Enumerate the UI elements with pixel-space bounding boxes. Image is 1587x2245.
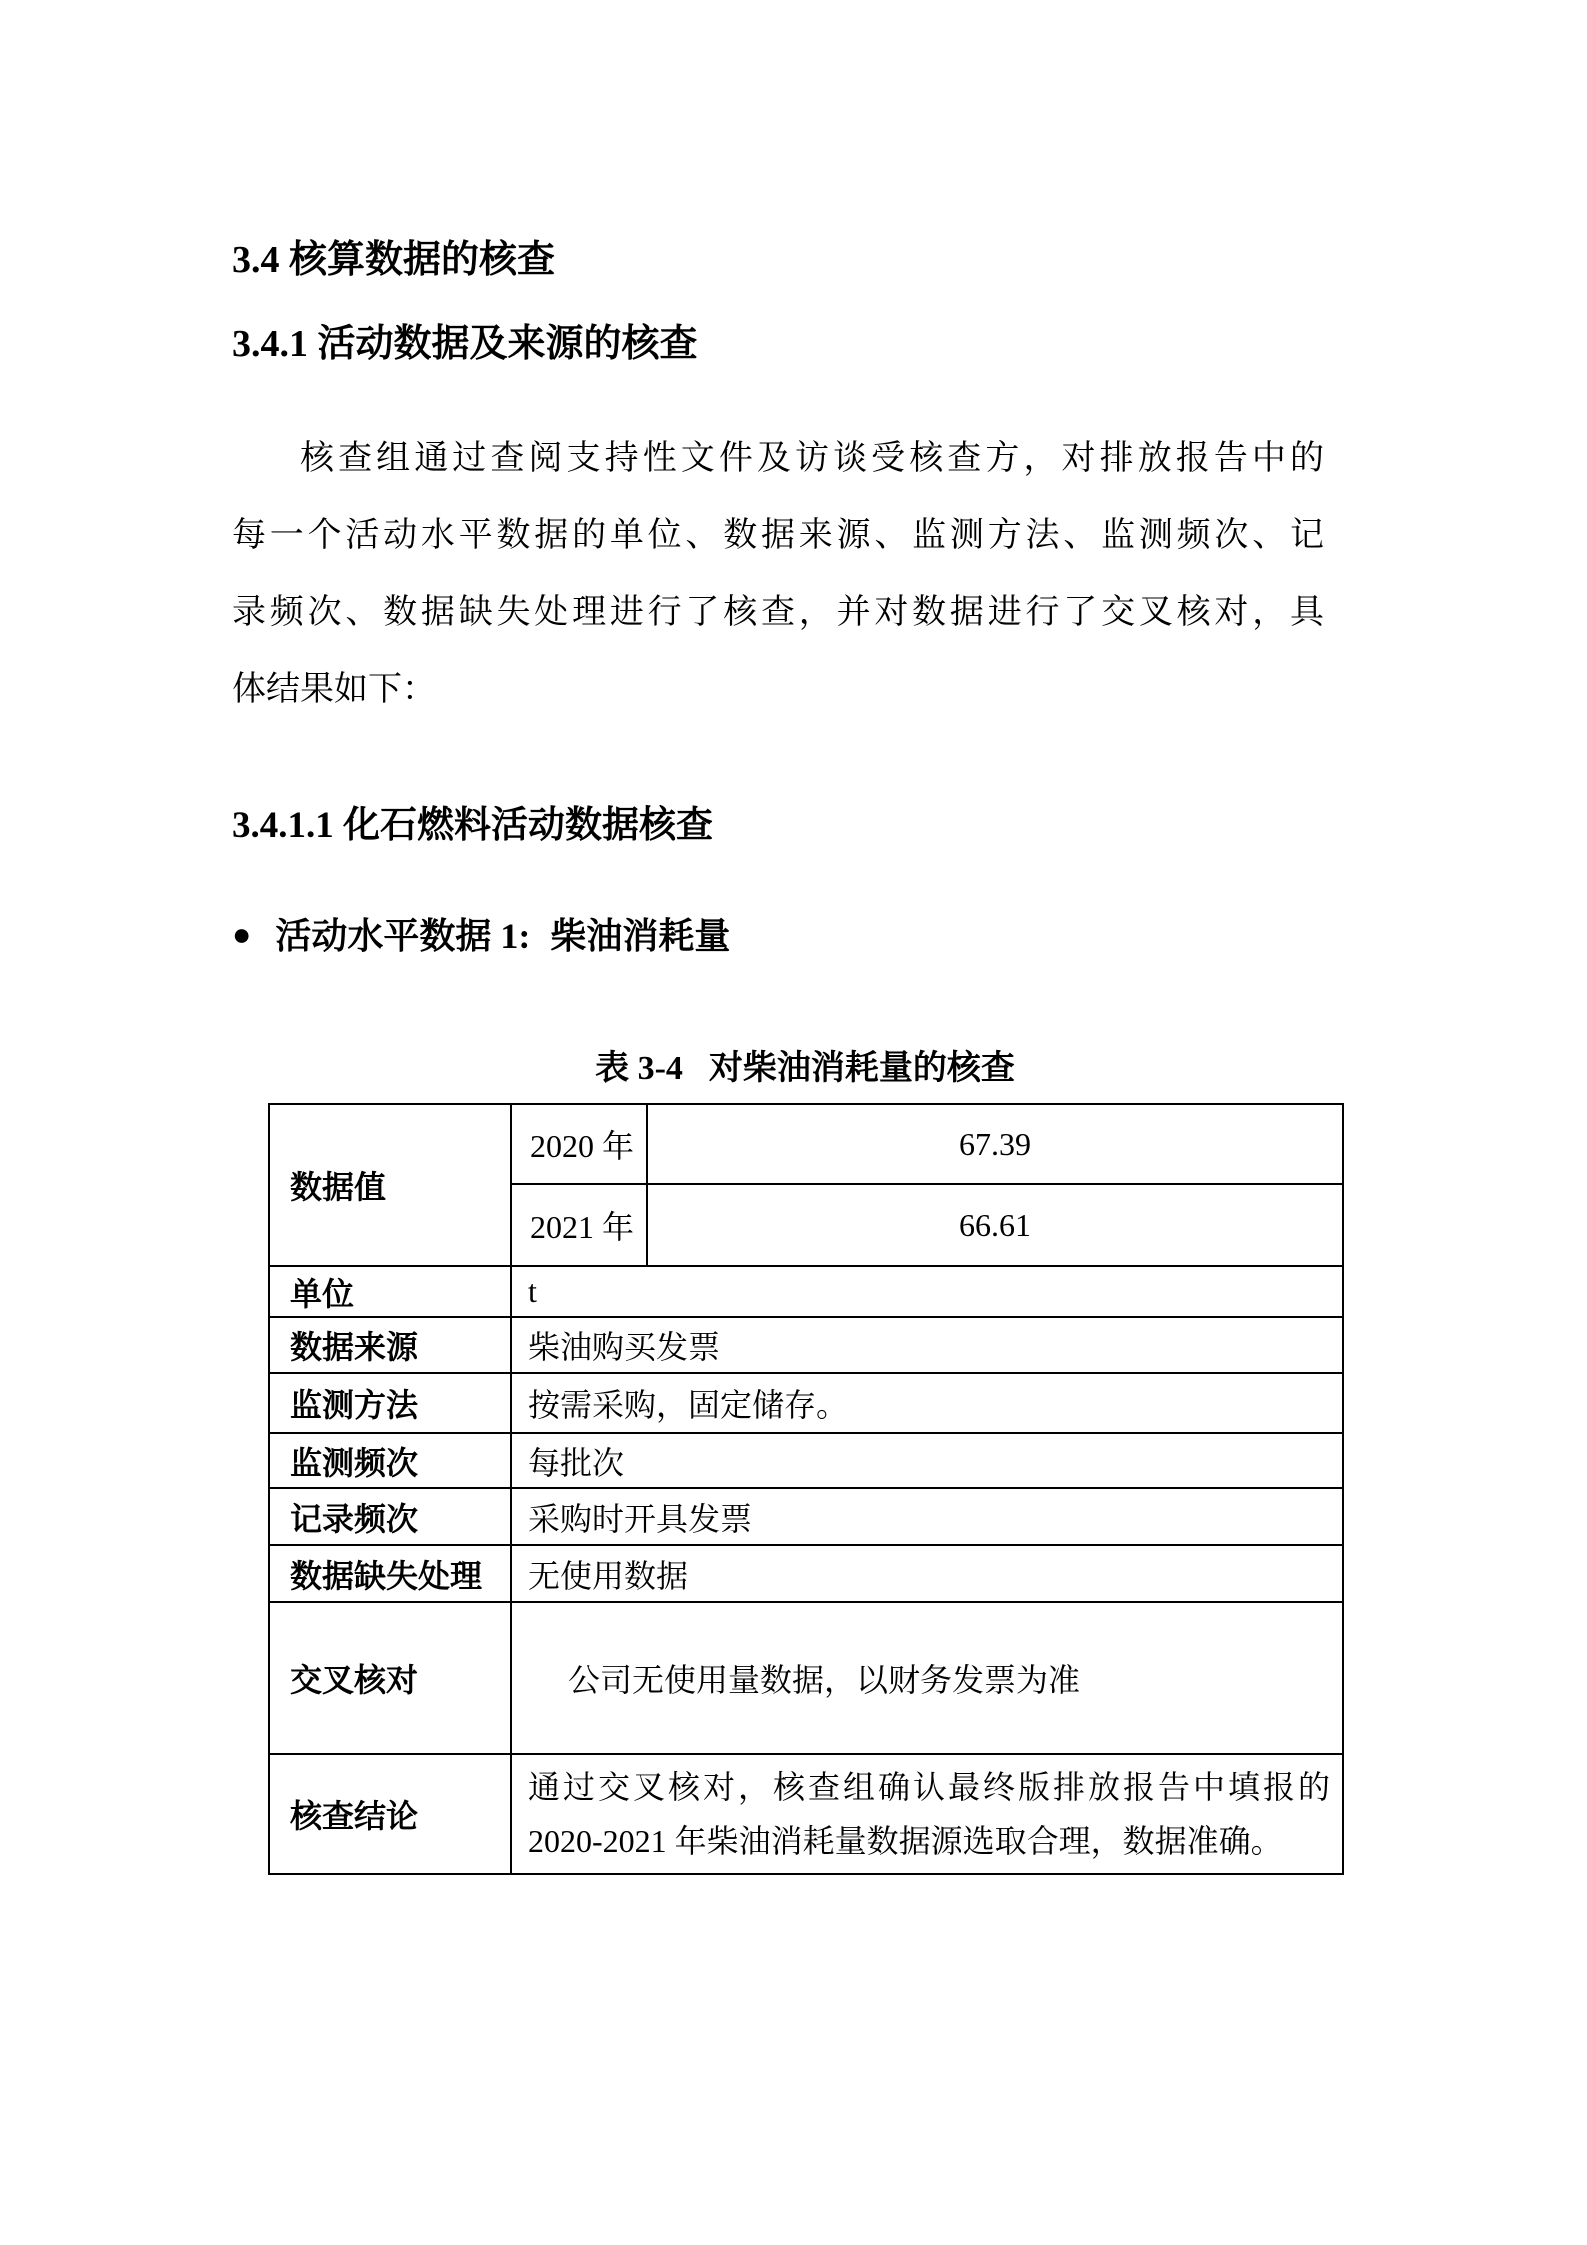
table-row: 单位 t xyxy=(269,1266,1343,1317)
table-caption: 表 3-4对柴油消耗量的核查 xyxy=(268,1040,1342,1089)
table-row: 交叉核对 公司无使用量数据，以财务发票为准 xyxy=(269,1602,1343,1754)
bullet-item-activity-data-1: ● 活动水平数据 1: 柴油消耗量 xyxy=(232,908,730,959)
intro-paragraph: 核查组通过查阅支持性文件及访谈受核查方，对排放报告中的 每一个活动水平数据的单位… xyxy=(232,420,1324,728)
table-row: 监测频次 每批次 xyxy=(269,1433,1343,1488)
row-label-monitoring-frequency: 监测频次 xyxy=(269,1433,511,1488)
row-label-recording-frequency: 记录频次 xyxy=(269,1488,511,1545)
value-cell-2021: 66.61 xyxy=(647,1184,1343,1266)
row-value-monitoring-frequency: 每批次 xyxy=(511,1433,1343,1488)
value-cell-2020: 67.39 xyxy=(647,1104,1343,1184)
bullet-item-value: 柴油消耗量 xyxy=(550,908,730,959)
row-value-recording-frequency: 采购时开具发票 xyxy=(511,1488,1343,1545)
table-row: 核查结论 通过交叉核对，核查组确认最终版排放报告中填报的 2020-2021 年… xyxy=(269,1754,1343,1874)
table-row: 数据值 2020 年 67.39 xyxy=(269,1104,1343,1184)
row-label-missing-data-handling: 数据缺失处理 xyxy=(269,1545,511,1602)
row-value-conclusion: 通过交叉核对，核查组确认最终版排放报告中填报的 2020-2021 年柴油消耗量… xyxy=(511,1754,1343,1874)
paragraph-line-1: 核查组通过查阅支持性文件及访谈受核查方，对排放报告中的 xyxy=(232,420,1324,497)
row-label-unit: 单位 xyxy=(269,1266,511,1317)
table-caption-number: 表 3-4 xyxy=(595,1050,683,1087)
heading-3-4: 3.4 核算数据的核查 xyxy=(232,228,555,283)
verification-table: 数据值 2020 年 67.39 2021 年 66.61 单位 t 数据来源 … xyxy=(268,1103,1344,1875)
table-caption-text: 对柴油消耗量的核查 xyxy=(709,1050,1015,1087)
row-label-data-value: 数据值 xyxy=(269,1104,511,1266)
row-value-monitoring-method: 按需采购，固定储存。 xyxy=(511,1373,1343,1433)
year-cell-2020: 2020 年 xyxy=(511,1104,647,1184)
row-label-conclusion: 核查结论 xyxy=(269,1754,511,1874)
table-row: 记录频次 采购时开具发票 xyxy=(269,1488,1343,1545)
heading-3-4-1-1: 3.4.1.1 化石燃料活动数据核查 xyxy=(232,794,713,848)
conclusion-line-1: 通过交叉核对，核查组确认最终版排放报告中填报的 xyxy=(528,1760,1330,1814)
bullet-item-label: 活动水平数据 1: xyxy=(275,908,530,959)
table-row: 监测方法 按需采购，固定储存。 xyxy=(269,1373,1343,1433)
table-row: 数据来源 柴油购买发票 xyxy=(269,1317,1343,1373)
conclusion-line-2: 2020-2021 年柴油消耗量数据源选取合理，数据准确。 xyxy=(528,1814,1330,1868)
paragraph-line-2: 每一个活动水平数据的单位、数据来源、监测方法、监测频次、记 xyxy=(232,497,1324,574)
row-value-data-source: 柴油购买发票 xyxy=(511,1317,1343,1373)
heading-3-4-1: 3.4.1 活动数据及来源的核查 xyxy=(232,312,698,367)
row-value-missing-data-handling: 无使用数据 xyxy=(511,1545,1343,1602)
paragraph-line-4: 体结果如下： xyxy=(232,651,1324,728)
year-cell-2021: 2021 年 xyxy=(511,1184,647,1266)
table-row: 数据缺失处理 无使用数据 xyxy=(269,1545,1343,1602)
document-page: 3.4 核算数据的核查 3.4.1 活动数据及来源的核查 核查组通过查阅支持性文… xyxy=(0,0,1587,2245)
bullet-icon: ● xyxy=(232,918,251,950)
row-label-cross-check: 交叉核对 xyxy=(269,1602,511,1754)
row-value-unit: t xyxy=(511,1266,1343,1317)
paragraph-line-3: 录频次、数据缺失处理进行了核查，并对数据进行了交叉核对，具 xyxy=(232,574,1324,651)
row-value-cross-check: 公司无使用量数据，以财务发票为准 xyxy=(511,1602,1343,1754)
row-label-monitoring-method: 监测方法 xyxy=(269,1373,511,1433)
row-label-data-source: 数据来源 xyxy=(269,1317,511,1373)
